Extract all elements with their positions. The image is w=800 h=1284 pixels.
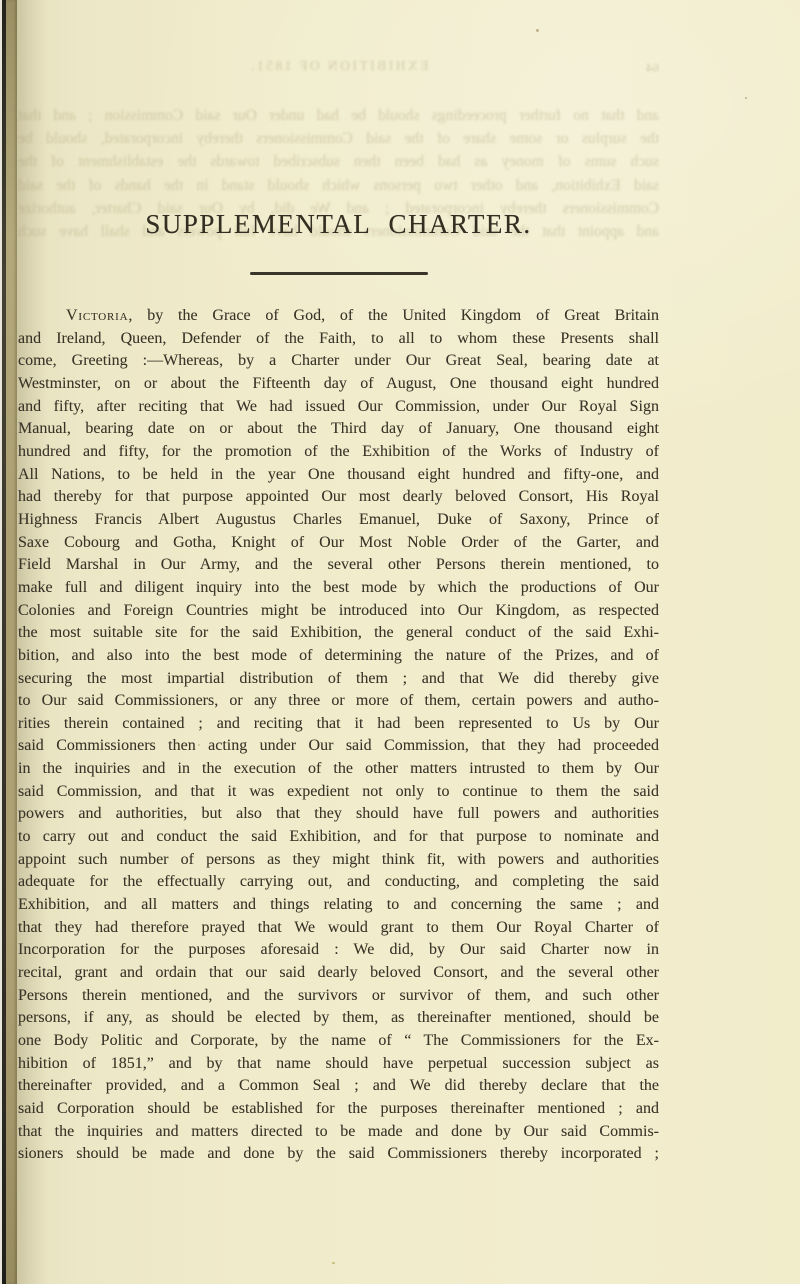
body-line: All Nations, to be held in the year One …	[18, 464, 659, 487]
bleedthrough-line: such sums of money as had been then subs…	[18, 150, 659, 173]
body-line: to Our said Commissioners, or any three …	[18, 690, 659, 713]
body-line: Colonies and Foreign Countries might be …	[18, 600, 659, 623]
body-line: one Body Politic and Corporate, by the n…	[18, 1030, 659, 1053]
body-line: said Commission, and that it was expedie…	[18, 781, 659, 804]
book-gutter-band	[6, 0, 17, 1284]
body-line: Field Marshal in Our Army, and the sever…	[18, 554, 659, 577]
body-line: had thereby for that purpose appointed O…	[18, 486, 659, 509]
body-line: and fifty, after reciting that We had is…	[18, 396, 659, 419]
body-line: adequate for the effectually carrying ou…	[18, 871, 659, 894]
body-line: recital, grant and ordain that our said …	[18, 962, 659, 985]
body-line: Exhibition, and all matters and things r…	[18, 894, 659, 917]
body-line: hibition of 1851,” and by that name shou…	[18, 1053, 659, 1076]
body-line: thereinafter provided, and a Common Seal…	[18, 1075, 659, 1098]
body-line: Persons therein mentioned, and the survi…	[18, 985, 659, 1008]
body-line-first: Victoria, by the Grace of God, of the Un…	[18, 305, 659, 328]
bleedthrough-page-number: 64	[646, 60, 659, 76]
body-line: Incorporation for the purposes aforesaid…	[18, 939, 659, 962]
body-line: in the inquiries and in the execution of…	[18, 758, 659, 781]
paper-speck	[332, 1262, 335, 1264]
body-line: that they had therefore prayed that We w…	[18, 917, 659, 940]
body-line: that the inquiries and matters directed …	[18, 1121, 659, 1144]
body-line: Highness Francis Albert Augustus Charles…	[18, 509, 659, 532]
body-line: Manual, bearing date on or about the Thi…	[18, 418, 659, 441]
bleedthrough-line: said Exhibition, and other two persons w…	[18, 174, 659, 197]
paper-speck	[536, 29, 539, 32]
body-line: make full and diligent inquiry into the …	[18, 577, 659, 600]
bleedthrough-header-row: 64 EXHIBITION OF 1851.	[18, 58, 659, 82]
scanned-book-page: 64 EXHIBITION OF 1851. and that no furth…	[0, 0, 800, 1284]
body-line: sioners should be made and done by the s…	[18, 1143, 659, 1166]
body-line: said Corporation should be established f…	[18, 1098, 659, 1121]
body-line: Saxe Cobourg and Gotha, Knight of Our Mo…	[18, 532, 659, 555]
body-line: to carry out and conduct the said Exhibi…	[18, 826, 659, 849]
body-line: appoint such number of persons as they m…	[18, 849, 659, 872]
body-first-line-rest: , by the Grace of God, of the United Kin…	[128, 307, 659, 324]
body-lines: and Ireland, Queen, Defender of the Fait…	[18, 328, 659, 1166]
body-first-word: Victoria	[66, 307, 128, 324]
body-line: hundred and fifty, for the promotion of …	[18, 441, 659, 464]
bleedthrough-line: and that no further proceedings should b…	[18, 104, 659, 127]
body-line: persons, if any, as should be elected by…	[18, 1007, 659, 1030]
body-line: powers and authorities, but also that th…	[18, 803, 659, 826]
body-line: and Ireland, Queen, Defender of the Fait…	[18, 328, 659, 351]
paper-speck	[745, 97, 747, 99]
body-line: bition, and also into the best mode of d…	[18, 645, 659, 668]
bleedthrough-line: the surplus or some share of the said Co…	[18, 127, 659, 150]
title-divider-rule	[250, 272, 428, 275]
body-line: said Commissioners then acting under Our…	[18, 735, 659, 758]
paper-speck	[198, 744, 200, 746]
body-line: come, Greeting :—Whereas, by a Charter u…	[18, 350, 659, 373]
bleedthrough-running-header: EXHIBITION OF 1851.	[18, 58, 659, 74]
charter-body: Victoria, by the Grace of God, of the Un…	[18, 305, 659, 1166]
body-line: the most suitable site for the said Exhi…	[18, 622, 659, 645]
body-line: rities therein contained ; and reciting …	[18, 713, 659, 736]
body-line: Westminster, on or about the Fifteenth d…	[18, 373, 659, 396]
body-line: securing the most impartial distribution…	[18, 668, 659, 691]
page-title: SUPPLEMENTAL CHARTER.	[18, 208, 659, 240]
